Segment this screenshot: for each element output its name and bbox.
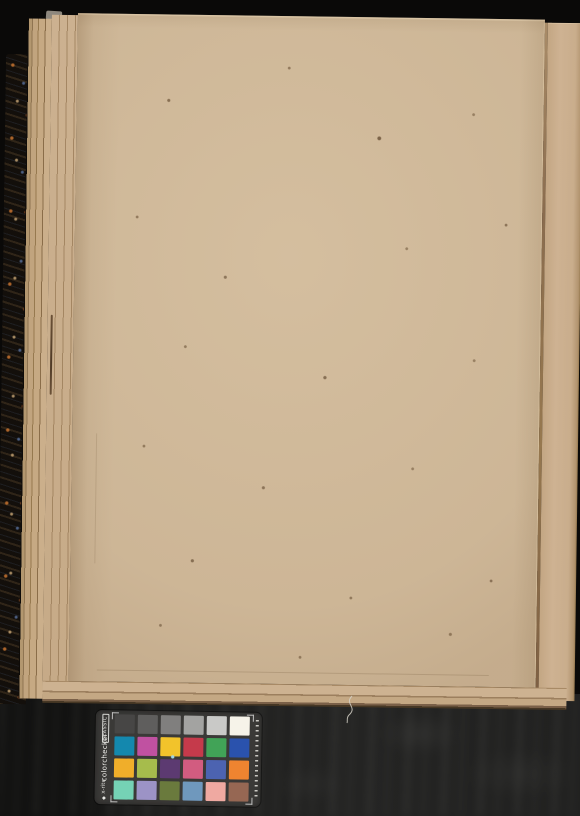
colorchecker-patch-light-skin — [205, 782, 225, 801]
colorchecker-patch-red — [183, 738, 203, 757]
colorchecker-patch-orange-yellow — [114, 758, 134, 777]
colorchecker-patch-magenta — [137, 737, 157, 756]
colorchecker-patch-yellow — [160, 737, 180, 756]
colorchecker-card: CLASSIC colorchecker ◆x-rite — [94, 710, 262, 807]
colorchecker-patch-yellow-green — [137, 759, 157, 778]
colorchecker-side-label: CLASSIC colorchecker ◆x-rite — [94, 710, 115, 804]
registration-bracket-bottom-right — [245, 798, 252, 805]
colorchecker-patch-moderate-red — [183, 760, 203, 779]
table-surface — [0, 694, 580, 816]
colorchecker-patch-blue — [229, 738, 249, 757]
dust-fiber — [338, 695, 368, 725]
colorchecker-patch-orange — [229, 760, 249, 779]
dust-speck — [171, 755, 174, 758]
registration-bracket-bottom-left — [110, 795, 117, 802]
page-gap-shadow — [50, 315, 53, 395]
colorchecker-patch-foliage — [159, 781, 179, 800]
blank-page — [69, 13, 545, 687]
colorchecker-patch-purple — [160, 759, 180, 778]
colorchecker-patch-neutral-3-5 — [138, 715, 158, 734]
surface-texture — [0, 694, 580, 816]
xrite-logo-icon: ◆ — [101, 795, 106, 801]
book — [18, 12, 580, 710]
xrite-brand-label: ◆x-rite — [101, 780, 107, 802]
colorchecker-patch-green — [206, 738, 226, 757]
registration-bracket-top-left — [112, 712, 119, 719]
colorchecker-patch-neutral-5 — [161, 715, 181, 734]
colorchecker-patch-neutral-8 — [207, 716, 227, 735]
colorchecker-patch-blue-sky — [182, 782, 202, 801]
colorchecker-patch-neutral-6-5 — [184, 716, 204, 735]
colorchecker-patch-grid — [113, 714, 249, 801]
colorchecker-title-label: colorchecker — [101, 733, 109, 781]
colorchecker-patch-blue-flower — [136, 781, 156, 800]
photograph-stage: CLASSIC colorchecker ◆x-rite — [0, 0, 580, 816]
registration-bracket-top-right — [247, 715, 254, 722]
colorchecker-ruler-ticks — [254, 720, 258, 800]
colorchecker-patch-purplish-blue — [206, 760, 226, 779]
colorchecker-patch-cyan — [114, 736, 134, 755]
